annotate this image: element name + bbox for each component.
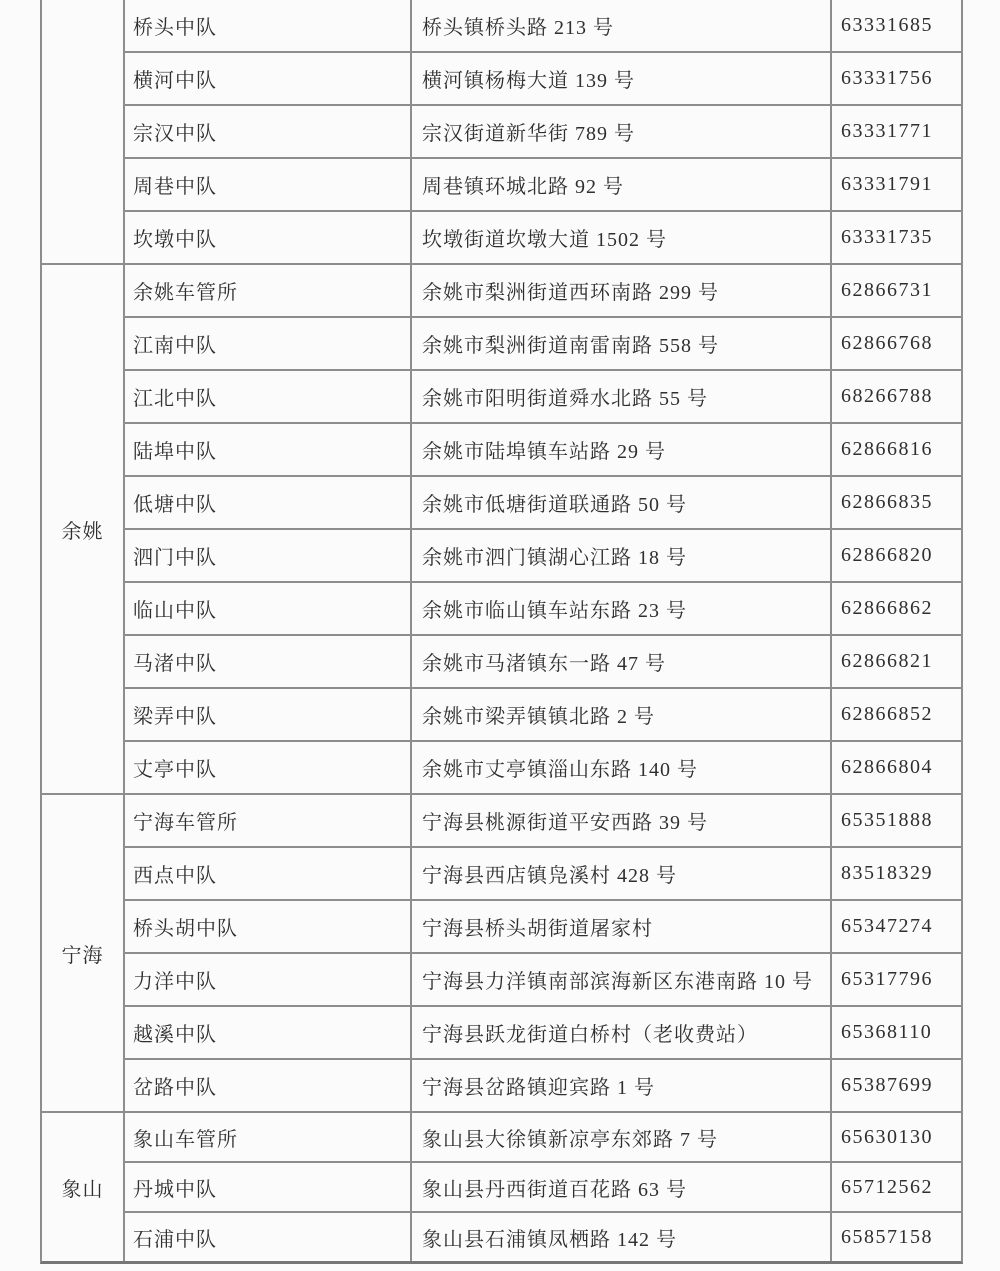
unit-name-cell: 余姚车管所 xyxy=(125,265,412,316)
unit-name-cell: 岔路中队 xyxy=(125,1060,412,1111)
table-row: 宁海车管所宁海县桃源街道平安西路 39 号65351888 xyxy=(125,795,961,846)
unit-name-cell: 横河中队 xyxy=(125,53,412,104)
unit-name-cell: 石浦中队 xyxy=(125,1213,412,1261)
section-rows: 余姚车管所余姚市梨洲街道西环南路 299 号62866731江南中队余姚市梨洲街… xyxy=(125,265,961,793)
phone-cell: 63331735 xyxy=(832,212,961,263)
table-row: 梁弄中队余姚市梁弄镇镇北路 2 号62866852 xyxy=(125,687,961,740)
unit-name-cell: 江南中队 xyxy=(125,318,412,369)
unit-name-cell: 坎墩中队 xyxy=(125,212,412,263)
unit-name-cell: 丈亭中队 xyxy=(125,742,412,793)
table-row: 临山中队余姚市临山镇车站东路 23 号62866862 xyxy=(125,581,961,634)
address-cell: 余姚市梨洲街道南雷南路 558 号 xyxy=(412,318,832,369)
table-row: 越溪中队宁海县跃龙街道白桥村（老收费站）65368110 xyxy=(125,1005,961,1058)
phone-cell: 65351888 xyxy=(832,795,961,846)
address-cell: 横河镇杨梅大道 139 号 xyxy=(412,53,832,104)
region-cell: 宁海 xyxy=(42,795,125,1111)
phone-cell: 68266788 xyxy=(832,371,961,422)
table-row: 陆埠中队余姚市陆埠镇车站路 29 号62866816 xyxy=(125,422,961,475)
address-cell: 宗汉街道新华街 789 号 xyxy=(412,106,832,157)
address-cell: 象山县丹西街道百花路 63 号 xyxy=(412,1163,832,1211)
unit-name-cell: 丹城中队 xyxy=(125,1163,412,1211)
table-row: 周巷中队周巷镇环城北路 92 号63331791 xyxy=(125,157,961,210)
region-label: 宁海 xyxy=(62,939,104,968)
address-cell: 宁海县桃源街道平安西路 39 号 xyxy=(412,795,832,846)
region-cell: 余姚 xyxy=(42,265,125,793)
unit-name-cell: 周巷中队 xyxy=(125,159,412,210)
phone-cell: 65368110 xyxy=(832,1007,961,1058)
phone-cell: 62866852 xyxy=(832,689,961,740)
unit-name-cell: 陆埠中队 xyxy=(125,424,412,475)
phone-cell: 65857158 xyxy=(832,1213,961,1261)
table-row: 江北中队余姚市阳明街道舜水北路 55 号68266788 xyxy=(125,369,961,422)
address-cell: 象山县大徐镇新凉亭东郊路 7 号 xyxy=(412,1113,832,1161)
table-row: 岔路中队宁海县岔路镇迎宾路 1 号65387699 xyxy=(125,1058,961,1111)
address-cell: 坎墩街道坎墩大道 1502 号 xyxy=(412,212,832,263)
phone-cell: 62866768 xyxy=(832,318,961,369)
region-section: 象山象山车管所象山县大徐镇新凉亭东郊路 7 号65630130丹城中队象山县丹西… xyxy=(42,1111,961,1261)
table-row: 江南中队余姚市梨洲街道南雷南路 558 号62866768 xyxy=(125,316,961,369)
unit-name-cell: 宗汉中队 xyxy=(125,106,412,157)
address-cell: 余姚市梨洲街道西环南路 299 号 xyxy=(412,265,832,316)
region-section: 桥头中队桥头镇桥头路 213 号63331685横河中队横河镇杨梅大道 139 … xyxy=(42,0,961,263)
table-row: 余姚车管所余姚市梨洲街道西环南路 299 号62866731 xyxy=(125,265,961,316)
phone-cell: 63331756 xyxy=(832,53,961,104)
table-row: 力洋中队宁海县力洋镇南部滨海新区东港南路 10 号65317796 xyxy=(125,952,961,1005)
phone-cell: 83518329 xyxy=(832,848,961,899)
section-rows: 象山车管所象山县大徐镇新凉亭东郊路 7 号65630130丹城中队象山县丹西街道… xyxy=(125,1113,961,1261)
address-cell: 余姚市丈亭镇淄山东路 140 号 xyxy=(412,742,832,793)
address-cell: 周巷镇环城北路 92 号 xyxy=(412,159,832,210)
phone-cell: 65712562 xyxy=(832,1163,961,1211)
phone-cell: 62866820 xyxy=(832,530,961,581)
address-cell: 宁海县西店镇凫溪村 428 号 xyxy=(412,848,832,899)
unit-name-cell: 越溪中队 xyxy=(125,1007,412,1058)
phone-cell: 63331685 xyxy=(832,0,961,51)
phone-cell: 65347274 xyxy=(832,901,961,952)
address-cell: 余姚市临山镇车站东路 23 号 xyxy=(412,583,832,634)
unit-name-cell: 桥头中队 xyxy=(125,0,412,51)
table-row: 泗门中队余姚市泗门镇湖心江路 18 号62866820 xyxy=(125,528,961,581)
unit-name-cell: 临山中队 xyxy=(125,583,412,634)
unit-name-cell: 马渚中队 xyxy=(125,636,412,687)
unit-name-cell: 泗门中队 xyxy=(125,530,412,581)
address-cell: 桥头镇桥头路 213 号 xyxy=(412,0,832,51)
address-cell: 余姚市低塘街道联通路 50 号 xyxy=(412,477,832,528)
table-row: 西点中队宁海县西店镇凫溪村 428 号83518329 xyxy=(125,846,961,899)
region-cell: 象山 xyxy=(42,1113,125,1261)
section-rows: 宁海车管所宁海县桃源街道平安西路 39 号65351888西点中队宁海县西店镇凫… xyxy=(125,795,961,1111)
region-section: 余姚余姚车管所余姚市梨洲街道西环南路 299 号62866731江南中队余姚市梨… xyxy=(42,263,961,793)
region-section: 宁海宁海车管所宁海县桃源街道平安西路 39 号65351888西点中队宁海县西店… xyxy=(42,793,961,1111)
region-label: 象山 xyxy=(62,1173,104,1202)
table-row: 桥头中队桥头镇桥头路 213 号63331685 xyxy=(125,0,961,51)
address-cell: 余姚市阳明街道舜水北路 55 号 xyxy=(412,371,832,422)
phone-cell: 62866804 xyxy=(832,742,961,793)
unit-name-cell: 梁弄中队 xyxy=(125,689,412,740)
section-rows: 桥头中队桥头镇桥头路 213 号63331685横河中队横河镇杨梅大道 139 … xyxy=(125,0,961,263)
address-cell: 象山县石浦镇凤栖路 142 号 xyxy=(412,1213,832,1261)
unit-name-cell: 桥头胡中队 xyxy=(125,901,412,952)
table-row: 丈亭中队余姚市丈亭镇淄山东路 140 号62866804 xyxy=(125,740,961,793)
phone-cell: 62866862 xyxy=(832,583,961,634)
address-cell: 宁海县岔路镇迎宾路 1 号 xyxy=(412,1060,832,1111)
unit-name-cell: 西点中队 xyxy=(125,848,412,899)
address-cell: 余姚市马渚镇东一路 47 号 xyxy=(412,636,832,687)
table-row: 象山车管所象山县大徐镇新凉亭东郊路 7 号65630130 xyxy=(125,1113,961,1161)
table-row: 横河中队横河镇杨梅大道 139 号63331756 xyxy=(125,51,961,104)
table-row: 丹城中队象山县丹西街道百花路 63 号65712562 xyxy=(125,1161,961,1211)
unit-name-cell: 力洋中队 xyxy=(125,954,412,1005)
phone-cell: 63331791 xyxy=(832,159,961,210)
phone-cell: 65630130 xyxy=(832,1113,961,1161)
table-row: 石浦中队象山县石浦镇凤栖路 142 号65857158 xyxy=(125,1211,961,1261)
region-label: 余姚 xyxy=(62,515,104,544)
table-row: 低塘中队余姚市低塘街道联通路 50 号62866835 xyxy=(125,475,961,528)
table-row: 坎墩中队坎墩街道坎墩大道 1502 号63331735 xyxy=(125,210,961,263)
address-cell: 余姚市梁弄镇镇北路 2 号 xyxy=(412,689,832,740)
phone-cell: 65387699 xyxy=(832,1060,961,1111)
phone-cell: 62866816 xyxy=(832,424,961,475)
table-row: 宗汉中队宗汉街道新华街 789 号63331771 xyxy=(125,104,961,157)
region-cell xyxy=(42,0,125,263)
unit-name-cell: 象山车管所 xyxy=(125,1113,412,1161)
table-row: 马渚中队余姚市马渚镇东一路 47 号62866821 xyxy=(125,634,961,687)
unit-name-cell: 低塘中队 xyxy=(125,477,412,528)
address-cell: 宁海县桥头胡街道屠家村 xyxy=(412,901,832,952)
phone-cell: 63331771 xyxy=(832,106,961,157)
address-cell: 余姚市陆埠镇车站路 29 号 xyxy=(412,424,832,475)
unit-name-cell: 江北中队 xyxy=(125,371,412,422)
phone-cell: 62866731 xyxy=(832,265,961,316)
unit-name-cell: 宁海车管所 xyxy=(125,795,412,846)
phone-cell: 62866835 xyxy=(832,477,961,528)
address-cell: 宁海县力洋镇南部滨海新区东港南路 10 号 xyxy=(412,954,832,1005)
phone-cell: 65317796 xyxy=(832,954,961,1005)
address-cell: 宁海县跃龙街道白桥村（老收费站） xyxy=(412,1007,832,1058)
table-row: 桥头胡中队宁海县桥头胡街道屠家村65347274 xyxy=(125,899,961,952)
address-cell: 余姚市泗门镇湖心江路 18 号 xyxy=(412,530,832,581)
phone-cell: 62866821 xyxy=(832,636,961,687)
directory-table: 桥头中队桥头镇桥头路 213 号63331685横河中队横河镇杨梅大道 139 … xyxy=(40,0,963,1264)
